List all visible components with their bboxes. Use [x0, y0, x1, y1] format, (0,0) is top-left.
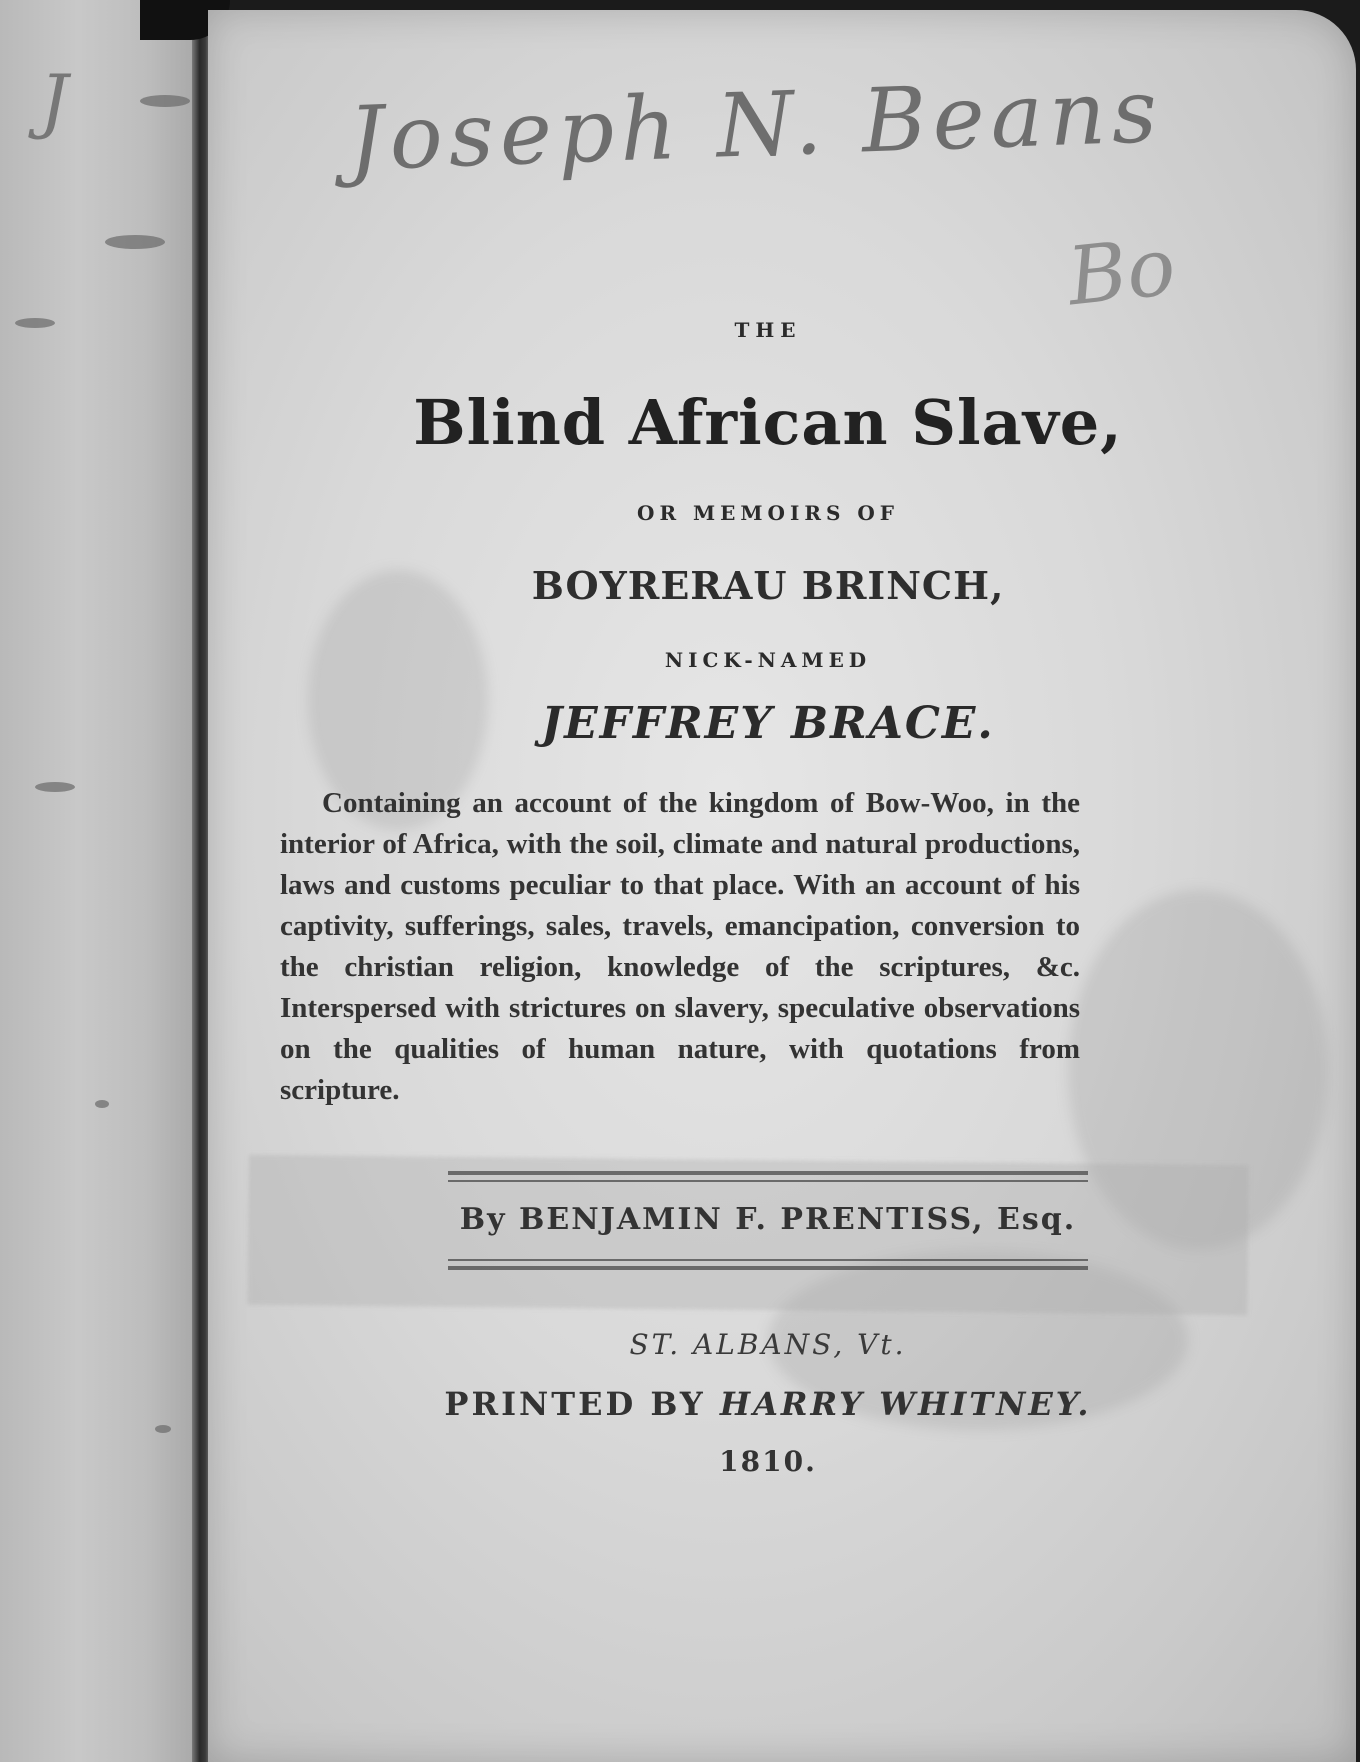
divider-rule-thin [448, 1180, 1088, 1182]
nickname: JEFFREY BRACE. [318, 698, 1218, 749]
main-title: Blind African Slave, [318, 386, 1218, 459]
bottom-rule-group [318, 1259, 1218, 1270]
handwritten-fragment: Bo [1063, 220, 1179, 324]
printer-prefix: PRINTED BY [444, 1385, 705, 1423]
handwritten-signature: Joseph N. Beans [347, 53, 1350, 191]
ink-spot [15, 318, 55, 328]
subtitle-intro: OR MEMOIRS OF [318, 501, 1218, 525]
printer-name: HARRY WHITNEY. [720, 1385, 1092, 1423]
ink-spot [35, 782, 75, 792]
left-page-handwriting: J [40, 60, 68, 142]
ink-spot [95, 1100, 109, 1108]
ink-spot [155, 1425, 171, 1433]
ink-spot [140, 95, 190, 107]
nickname-intro: NICK-NAMED [318, 648, 1218, 672]
left-facing-page: J [0, 0, 195, 1762]
divider-rule-thin [448, 1259, 1088, 1261]
top-rule-group [318, 1171, 1218, 1182]
divider-rule [448, 1171, 1088, 1175]
publication-place: ST. ALBANS, Vt. [318, 1328, 1218, 1361]
divider-rule [448, 1266, 1088, 1270]
author-line: By BENJAMIN F. PRENTISS, Esq. [318, 1202, 1218, 1237]
printer-line: PRINTED BY HARRY WHITNEY. [318, 1385, 1218, 1423]
title-article: THE [318, 318, 1218, 342]
description-paragraph: Containing an account of the kingdom of … [278, 783, 1080, 1111]
title-page: Joseph N. Beans Bo THE Blind African Sla… [208, 10, 1356, 1762]
subject-name: BOYRERAU BRINCH, [318, 563, 1218, 608]
publication-year: 1810. [318, 1445, 1218, 1478]
title-page-content: THE Blind African Slave, OR MEMOIRS OF B… [318, 310, 1218, 1478]
ink-spot [105, 235, 165, 249]
